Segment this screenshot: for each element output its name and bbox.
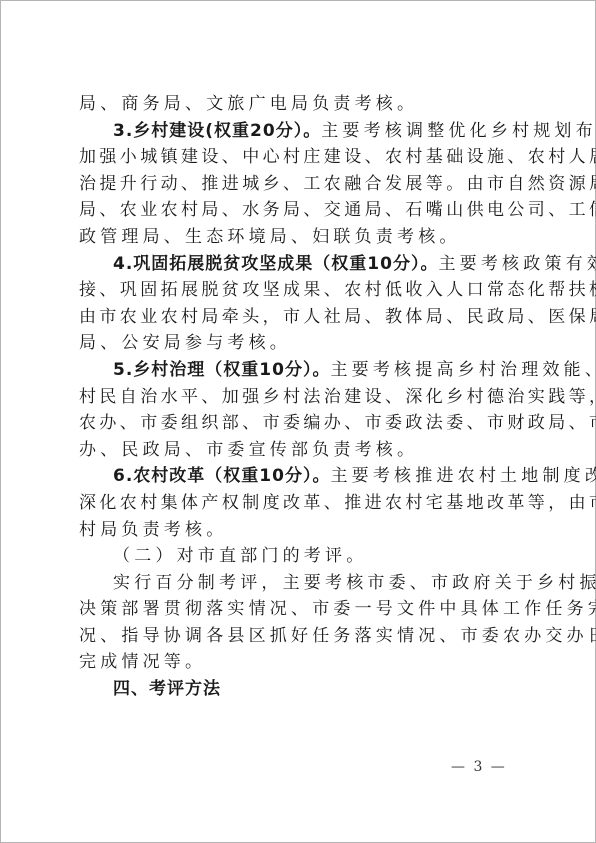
paragraph-line: 村局负责考核。 (79, 517, 519, 544)
paragraph-line: 接、巩固拓展脱贫攻坚成果、农村低收入人口常态化帮扶机制等， (79, 277, 519, 304)
paragraph-text: 主要考核提高乡村治理效能、提升 (330, 360, 596, 380)
paragraph-line: 完成情况等。 (79, 649, 519, 676)
paragraph-line: 村民自治水平、加强乡村法治建设、深化乡村德治实践等，由农委 (79, 384, 519, 411)
section-4-title: 4.巩固拓展脱贫攻坚成果（权重10分）。 (113, 254, 438, 274)
paragraph-line: 深化农村集体产权制度改革、推进农村宅基地改革等，由市农业农 (79, 490, 519, 517)
section-3-title: 3.乡村建设(权重20分）。 (113, 121, 321, 141)
section-5-title: 5.乡村治理（权重10分）。 (113, 360, 330, 380)
section-6-heading-line: 6.农村改革（权重10分）。主要考核推进农村土地制度改革、 (79, 463, 519, 490)
section-4-heading-line: 4.巩固拓展脱贫攻坚成果（权重10分）。主要考核政策有效衔 (79, 251, 519, 278)
paragraph-line: 治提升行动、推进城乡、工农融合发展等。由市自然资源局、住建 (79, 171, 519, 198)
paragraph-text: 主要考核政策有效衔 (438, 254, 596, 274)
paragraph-line: 由市农业农村局牵头，市人社局、教体局、民政局、医保局、财政 (79, 304, 519, 331)
section-3-heading-line: 3.乡村建设(权重20分）。主要考核调整优化乡村规划布局、 (79, 118, 519, 145)
paragraph-line: 况、指导协调各县区抓好任务落实情况、市委农办交办日常工作 (79, 623, 519, 650)
paragraph-line: 办、民政局、市委宣传部负责考核。 (79, 437, 519, 464)
paragraph-text: 主要考核推进农村土地制度改革、 (330, 466, 596, 486)
page-number: — 3 — (451, 759, 507, 775)
paragraph-line: 决策部署贯彻落实情况、市委一号文件中具体工作任务完成情 (79, 596, 519, 623)
paragraph-line: 局、公安局参与考核。 (79, 330, 519, 357)
section-6-title: 6.农村改革（权重10分）。 (113, 466, 330, 486)
paragraph-line: 实行百分制考评，主要考核市委、市政府关于乡村振兴重大 (79, 570, 519, 597)
document-body: 局、商务局、文旅广电局负责考核。 3.乡村建设(权重20分）。主要考核调整优化乡… (79, 91, 519, 703)
paragraph-line: 局、商务局、文旅广电局负责考核。 (79, 91, 519, 118)
document-page: 局、商务局、文旅广电局负责考核。 3.乡村建设(权重20分）。主要考核调整优化乡… (0, 0, 596, 843)
subsection-heading: （二）对市直部门的考评。 (79, 543, 519, 570)
paragraph-line: 局、农业农村局、水务局、交通局、石嘴山供电公司、工信局、邮 (79, 197, 519, 224)
paragraph-line: 农办、市委组织部、市委编办、市委政法委、市财政局、市委网信 (79, 410, 519, 437)
section-heading-4: 四、考评方法 (79, 676, 519, 703)
paragraph-text: 主要考核调整优化乡村规划布局、 (321, 121, 596, 141)
paragraph-line: 加强小城镇建设、中心村庄建设、农村基础设施、农村人居环境整 (79, 144, 519, 171)
paragraph-line: 政管理局、生态环境局、妇联负责考核。 (79, 224, 519, 251)
section-5-heading-line: 5.乡村治理（权重10分）。主要考核提高乡村治理效能、提升 (79, 357, 519, 384)
